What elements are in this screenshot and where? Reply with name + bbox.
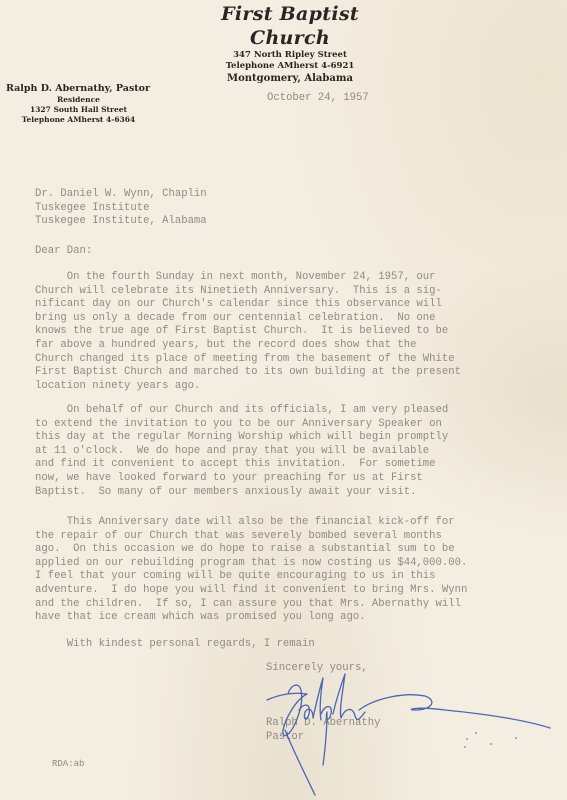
- pastor-letterhead-block: Ralph D. Abernathy, Pastor Residence 132…: [6, 83, 151, 125]
- letter-page: First Baptist Church 347 North Ripley St…: [0, 0, 567, 800]
- ink-speck: [475, 732, 477, 734]
- church-city: Montgomery, Alabama: [180, 72, 400, 85]
- recipient-address: Dr. Daniel W. Wynn, Chaplin Tuskegee Ins…: [35, 188, 207, 229]
- body-paragraph-2: On behalf of our Church and its official…: [35, 404, 448, 499]
- recipient-line-1: Dr. Daniel W. Wynn, Chaplin: [35, 188, 207, 200]
- body-paragraph-3: This Anniversary date will also be the f…: [35, 516, 467, 625]
- church-telephone: Telephone AMherst 4-6921: [180, 61, 400, 72]
- residence-telephone: Telephone AMherst 4-6364: [6, 115, 151, 125]
- ink-speck: [515, 737, 517, 739]
- letterhead: First Baptist Church 347 North Ripley St…: [180, 2, 400, 85]
- pastor-name: Ralph D. Abernathy, Pastor: [6, 83, 151, 95]
- body-paragraph-1: On the fourth Sunday in next month, Nove…: [35, 271, 461, 393]
- residence-label: Residence: [6, 95, 151, 105]
- salutation: Dear Dan:: [35, 245, 92, 259]
- reference-initials: RDA:ab: [52, 758, 84, 772]
- recipient-line-2: Tuskegee Institute: [35, 202, 149, 214]
- ink-speck: [466, 738, 468, 740]
- church-street: 347 North Ripley Street: [180, 50, 400, 61]
- residence-street: 1327 South Hall Street: [6, 105, 151, 115]
- letter-date: October 24, 1957: [267, 92, 369, 106]
- ink-speck: [464, 746, 466, 748]
- church-name: First Baptist Church: [180, 2, 400, 50]
- closing-line: With kindest personal regards, I remain: [35, 638, 315, 652]
- recipient-line-3: Tuskegee Institute, Alabama: [35, 215, 207, 227]
- handwritten-signature: [255, 670, 555, 800]
- ink-speck: [490, 743, 492, 745]
